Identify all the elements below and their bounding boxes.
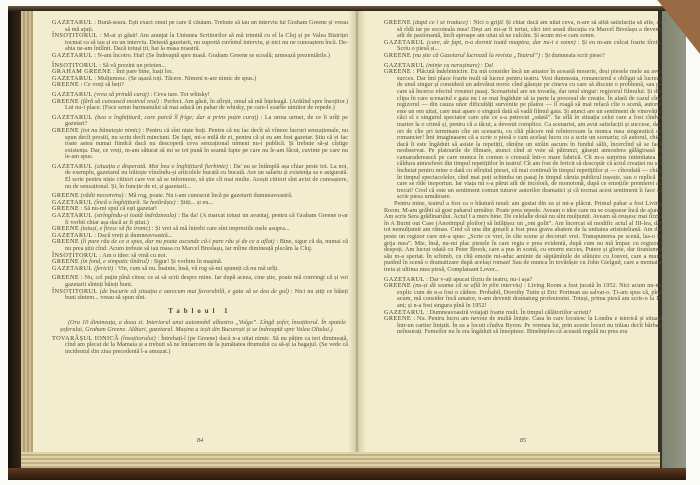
dialogue-entry: GREENE (tot nu bănuiește nimic) : Pentru… — [52, 128, 348, 161]
page-block-edge-left — [21, 10, 33, 470]
page-number-left: 84 — [52, 437, 348, 444]
speaker-name: GAZETARUL — [52, 212, 93, 219]
stage-direction-paragraph: (Ora 10 dimineața, a doua zi. Interiorul… — [60, 320, 346, 333]
dialogue-entry: ÎNSOȚITORUL (de bucurie că situația e oa… — [52, 289, 348, 302]
page-number-right: 85 — [384, 437, 662, 444]
scene-heading: Tabloul 1 — [52, 309, 348, 316]
stage-direction-inline: (îi pare rău de ce a spus, dar nu poate … — [79, 238, 274, 245]
stage-direction-inline: (tot nu bănuiește nimic) — [79, 127, 140, 134]
speaker-name: ÎNSOȚITORUL — [52, 32, 98, 39]
speaker-name: GREENE — [52, 238, 79, 245]
speaker-name: GREENE — [384, 52, 411, 59]
speaker-name: ÎNSOȚITORUL — [52, 288, 98, 295]
book-cover-left — [8, 6, 21, 480]
stage-direction-inline: (bea o înghițitură, care parcă îl frige;… — [93, 114, 259, 121]
stage-direction-inline: (care, de fapt, n-a dormit toată noaptea… — [425, 39, 576, 46]
stage-direction-inline: (însoțitorului) — [119, 335, 156, 342]
speaker-name: TOVARĂȘUL IONICĂ — [52, 335, 119, 342]
speaker-name: GAZETARUL — [52, 114, 93, 121]
speaker-name: GAZETARUL — [384, 39, 425, 46]
page-right-text: GREENE (după ce i se traduce) : Nici o g… — [384, 20, 662, 424]
speaker-name: GREENE — [384, 315, 411, 322]
stage-direction-inline: (nu-și dă seama că se află în plin inter… — [411, 282, 522, 289]
binding-gutter-shadow — [348, 11, 366, 452]
continuation-paragraph: Pentru mine, teatrul a fost ca o băutură… — [384, 201, 662, 274]
dialogue-entry: GAZETARUL : N-am încotro. Hai! (Se îndre… — [52, 53, 348, 60]
dialogue-entry: TOVARĂȘUL IONICĂ (însoțitorului) : Între… — [52, 336, 348, 356]
stage-direction-inline: (situația e disperată. Mai bea o înghiți… — [93, 163, 228, 170]
dialogue-entry: GREENE (nu-și dă seama că se află în pli… — [384, 283, 662, 309]
dialogue-entry: GREENE (fără să cunoască motivul real) :… — [52, 99, 348, 112]
dialogue-entry: GAZETARUL (fericit) : Vin, cum să nu. În… — [52, 266, 348, 273]
page-right: GREENE (după ce i se traduce) : Nici o g… — [384, 20, 662, 452]
speaker-name: GREENE — [52, 127, 79, 134]
stage-direction-inline: (fără să cunoască motivul real) — [79, 98, 159, 105]
speaker-name: GREENE — [384, 282, 411, 289]
book-cover-bottom — [8, 468, 686, 480]
speaker-name: GREENE — [384, 20, 411, 26]
stage-direction-inline: (după ce i se traduce) — [411, 20, 468, 26]
speaker-name: GAZETARUL — [52, 163, 93, 170]
stage-direction-inline: (nu știe că Gazetarul lucrează la revist… — [411, 52, 540, 59]
dialogue-entry: GAZETARUL (situația e disperată. Mai bea… — [52, 164, 348, 190]
book-cover-top — [8, 6, 686, 11]
speaker-name: GREENE — [52, 274, 79, 281]
stage-direction-inline: (fericit) — [93, 265, 113, 272]
speaker-name: GREENE — [52, 98, 79, 105]
dialogue-entry: GREENE (după ce i se traduce) : Nici o g… — [384, 20, 662, 40]
stage-direction-inline: (de bucurie că situația e oarecum mai fa… — [98, 288, 289, 295]
dialogue-entry: GREENE : Nu. Pentru lucru am nevoie de m… — [384, 316, 662, 336]
speaker-name: GAZETARUL — [52, 52, 93, 59]
page-left-text: GAZETARUL : Bună-seara. Ești exact omul … — [52, 20, 348, 424]
dialogue-entry: GREENE : Plăcută îndeletnicire. Eu mă co… — [384, 69, 662, 201]
speaker-name: GAZETARUL — [52, 265, 93, 272]
speaker-name: GAZETARUL — [52, 20, 93, 26]
dialogue-entry: ÎNSOȚITORUL : M-ai și găsit! Am aranjat … — [52, 33, 348, 53]
speaker-name: GREENE — [52, 81, 79, 88]
page-block-edge-bottom — [21, 452, 660, 468]
page-left: GAZETARUL : Bună-seara. Ești exact omul … — [52, 20, 348, 452]
dialogue-entry: GREENE (nu știe că Gazetarul lucrează la… — [384, 53, 662, 60]
book-back-cover-edge — [662, 8, 686, 472]
dialogue-entry: GREENE : Ce vreți să beți? — [52, 82, 348, 89]
speaker-name: GREENE — [384, 68, 411, 75]
stage-direction-inline: (strîngîndu-și toată îndrăzneala) — [93, 212, 177, 219]
